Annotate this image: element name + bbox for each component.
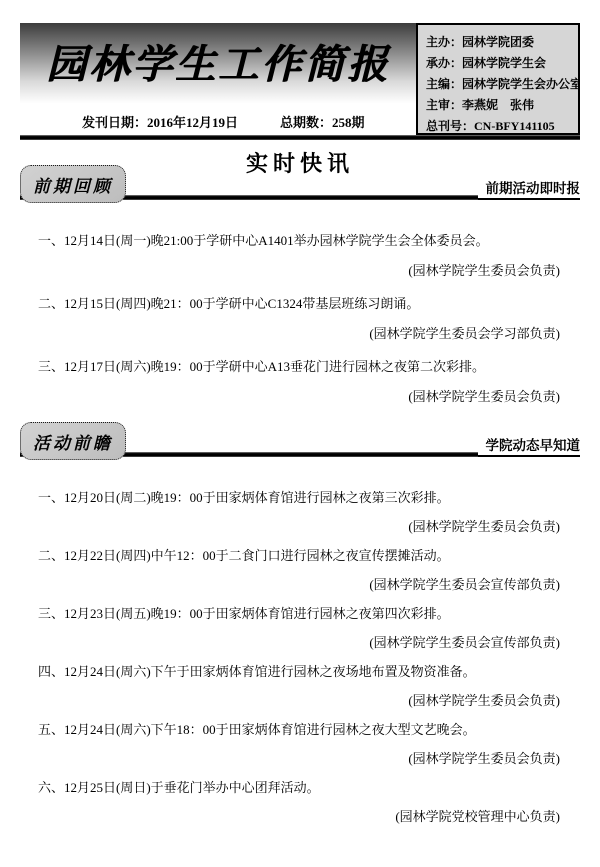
- masthead: 园林学生工作简报 发刊日期：2016年12月19日 总期数：258期 主办：园林…: [20, 23, 580, 135]
- event-responsible: (园林学院学生委员会负责): [20, 744, 580, 773]
- info-line-organizer: 主办：园林学院团委: [426, 32, 574, 53]
- event-responsible: (园林学院学生委员会宣传部负责): [20, 628, 580, 657]
- event-item: 一、12月14日(周一)晚21:00于学研中心A1401举办园林学院学生会全体委…: [20, 226, 580, 286]
- event-text: 三、12月23日(周五)晚19：00于田家炳体育馆进行园林之夜第四次彩排。: [20, 599, 580, 628]
- event-responsible: (园林学院学生委员会学习部负责): [20, 319, 580, 349]
- event-item: 一、12月20日(周二)晚19：00于田家炳体育馆进行园林之夜第三次彩排。 (园…: [20, 483, 580, 541]
- event-responsible: (园林学院学生委员会负责): [20, 512, 580, 541]
- event-text: 一、12月20日(周二)晚19：00于田家炳体育馆进行园林之夜第三次彩排。: [20, 483, 580, 512]
- publication-info-box: 主办：园林学院团委 承办：园林学院学生会 主编：园林学院学生会办公室 主审：李燕…: [416, 23, 580, 135]
- issue-meta-row: 发刊日期：2016年12月19日 总期数：258期: [20, 112, 416, 131]
- event-text: 六、12月25日(周日)于垂花门举办中心团拜活动。: [20, 773, 580, 802]
- info-line-reviewer: 主审：李燕妮 张伟: [426, 95, 574, 116]
- issue-date: 发刊日期：2016年12月19日: [82, 112, 238, 131]
- section-header-preview: 活动前瞻 学院动态早知道: [20, 415, 580, 457]
- event-responsible: (园林学院学生委员会负责): [20, 382, 580, 412]
- bulletin-page: 园林学生工作简报 发刊日期：2016年12月19日 总期数：258期 主办：园林…: [0, 23, 600, 831]
- badge-previous-review: 前期回顾: [20, 165, 126, 203]
- event-text: 三、12月17日(周六)晚19：00于学研中心A13垂花门进行园林之夜第二次彩排…: [20, 352, 580, 382]
- masthead-divider: [20, 135, 580, 140]
- event-text: 四、12月24日(周六)下午于田家炳体育馆进行园林之夜场地布置及物资准备。: [20, 657, 580, 686]
- badge-activity-preview: 活动前瞻: [20, 422, 126, 460]
- info-line-editor: 主编：园林学院学生会办公室: [426, 74, 574, 95]
- section-subtitle-review: 前期活动即时报: [478, 181, 581, 200]
- event-item: 二、12月15日(周四)晚21：00于学研中心C1324带基层班练习朗诵。 (园…: [20, 289, 580, 349]
- event-list-preview: 一、12月20日(周二)晚19：00于田家炳体育馆进行园林之夜第三次彩排。 (园…: [20, 483, 580, 831]
- event-responsible: (园林学院学生委员会负责): [20, 256, 580, 286]
- info-line-serial: 总刊号：CN-BFY141105: [426, 116, 574, 135]
- section-subtitle-preview: 学院动态早知道: [478, 438, 581, 457]
- event-item: 三、12月23日(周五)晚19：00于田家炳体育馆进行园林之夜第四次彩排。 (园…: [20, 599, 580, 657]
- title-banner: 园林学生工作简报 发刊日期：2016年12月19日 总期数：258期: [20, 23, 416, 135]
- event-list-review: 一、12月14日(周一)晚21:00于学研中心A1401举办园林学院学生会全体委…: [20, 226, 580, 412]
- info-line-undertaker: 承办：园林学院学生会: [426, 53, 574, 74]
- event-item: 三、12月17日(周六)晚19：00于学研中心A13垂花门进行园林之夜第二次彩排…: [20, 352, 580, 412]
- section-header-review: 前期回顾 前期活动即时报: [20, 175, 580, 200]
- event-text: 一、12月14日(周一)晚21:00于学研中心A1401举办园林学院学生会全体委…: [20, 226, 580, 256]
- event-responsible: (园林学院党校管理中心负责): [20, 802, 580, 831]
- event-text: 五、12月24日(周六)下午18：00于田家炳体育馆进行园林之夜大型文艺晚会。: [20, 715, 580, 744]
- event-item: 六、12月25日(周日)于垂花门举办中心团拜活动。 (园林学院党校管理中心负责): [20, 773, 580, 831]
- event-text: 二、12月22日(周四)中午12：00于二食门口进行园林之夜宣传摆摊活动。: [20, 541, 580, 570]
- event-item: 四、12月24日(周六)下午于田家炳体育馆进行园林之夜场地布置及物资准备。 (园…: [20, 657, 580, 715]
- event-item: 二、12月22日(周四)中午12：00于二食门口进行园林之夜宣传摆摊活动。 (园…: [20, 541, 580, 599]
- event-responsible: (园林学院学生委员会宣传部负责): [20, 570, 580, 599]
- event-responsible: (园林学院学生委员会负责): [20, 686, 580, 715]
- event-text: 二、12月15日(周四)晚21：00于学研中心C1324带基层班练习朗诵。: [20, 289, 580, 319]
- issue-number: 总期数：258期: [280, 112, 365, 131]
- event-item: 五、12月24日(周六)下午18：00于田家炳体育馆进行园林之夜大型文艺晚会。 …: [20, 715, 580, 773]
- bulletin-title: 园林学生工作简报: [20, 23, 416, 90]
